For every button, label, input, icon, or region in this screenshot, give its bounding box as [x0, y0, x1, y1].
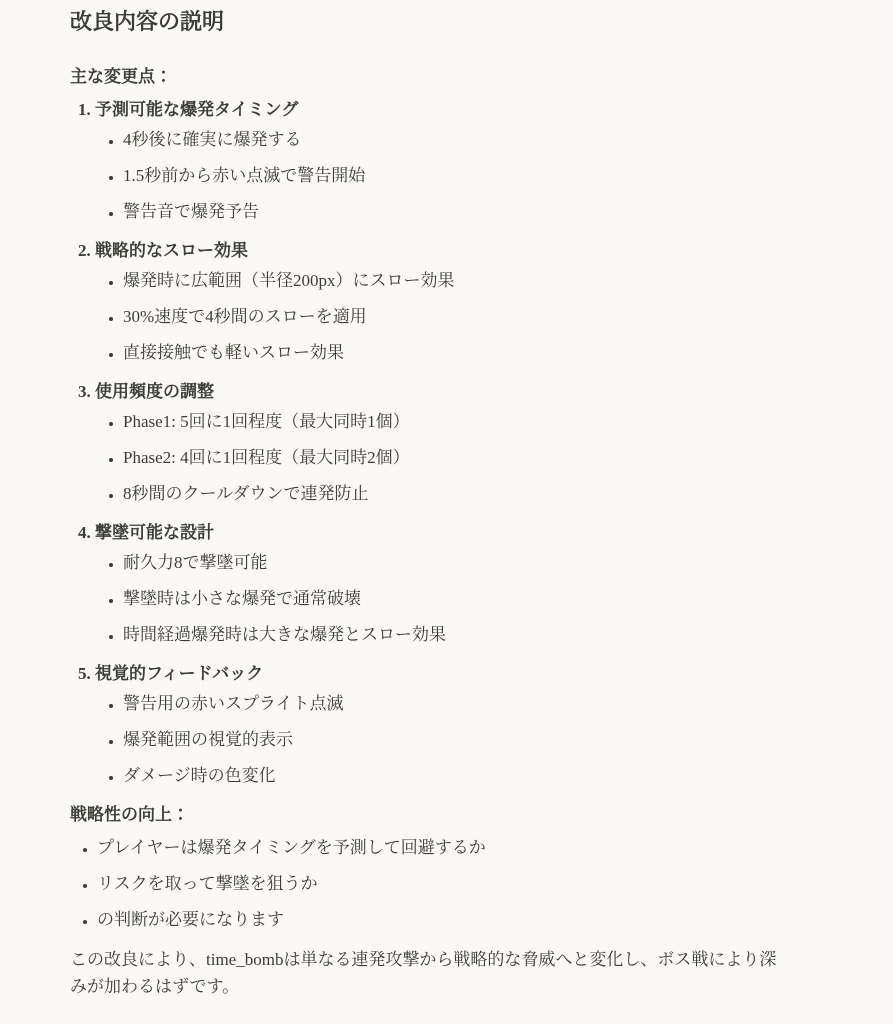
change-item-4-title: 撃墜可能な設計	[95, 523, 214, 542]
strategy-bullet-item: プレイヤーは爆発タイミングを予測して回避するか	[97, 834, 823, 861]
change-item-5-bullets: 警告用の赤いスプライト点滅 爆発範囲の視覚的表示 ダメージ時の色変化	[95, 690, 823, 789]
bullet-item: 爆発時に広範囲（半径200px）にスロー効果	[123, 267, 823, 294]
change-item-5-title: 視覚的フィードバック	[95, 664, 263, 683]
change-item-1-title: 予測可能な爆発タイミング	[95, 100, 298, 119]
closing-paragraph: この改良により、time_bombは単なる連発攻撃から戦略的な脅威へと変化し、ボ…	[70, 946, 782, 1000]
change-item-1-bullets: 4秒後に確実に爆発する 1.5秒前から赤い点滅で警告開始 警告音で爆発予告	[95, 126, 823, 225]
bullet-item: Phase2: 4回に1回程度（最大同時2個）	[123, 444, 823, 471]
change-item-4-bullets: 耐久力8で撃墜可能 撃墜時は小さな爆発で通常破壊 時間経過爆発時は大きな爆発とス…	[95, 549, 823, 648]
bullet-item: 警告用の赤いスプライト点滅	[123, 690, 823, 717]
bullet-item: 爆発範囲の視覚的表示	[123, 726, 823, 753]
change-item-2-bullets: 爆発時に広範囲（半径200px）にスロー効果 30%速度で4秒間のスローを適用 …	[95, 267, 823, 366]
bullet-item: 4秒後に確実に爆発する	[123, 126, 823, 153]
changes-list: 予測可能な爆発タイミング 4秒後に確実に爆発する 1.5秒前から赤い点滅で警告開…	[70, 96, 823, 789]
change-item-2: 戦略的なスロー効果 爆発時に広範囲（半径200px）にスロー効果 30%速度で4…	[95, 237, 823, 366]
bullet-item: 警告音で爆発予告	[123, 198, 823, 225]
change-item-3: 使用頻度の調整 Phase1: 5回に1回程度（最大同時1個） Phase2: …	[95, 378, 823, 507]
change-item-3-bullets: Phase1: 5回に1回程度（最大同時1個） Phase2: 4回に1回程度（…	[95, 408, 823, 507]
strategy-list: プレイヤーは爆発タイミングを予測して回避するか リスクを取って撃墜を狙うか の判…	[70, 834, 823, 933]
bullet-item: 直接接触でも軽いスロー効果	[123, 339, 823, 366]
change-item-2-title: 戦略的なスロー効果	[95, 241, 248, 260]
change-item-3-title: 使用頻度の調整	[95, 382, 214, 401]
bullet-item: 8秒間のクールダウンで連発防止	[123, 480, 823, 507]
document: 改良内容の説明 主な変更点： 予測可能な爆発タイミング 4秒後に確実に爆発する …	[0, 0, 893, 1024]
bullet-item: 撃墜時は小さな爆発で通常破壊	[123, 585, 823, 612]
bullet-item: 時間経過爆発時は大きな爆発とスロー効果	[123, 621, 823, 648]
changes-label: 主な変更点：	[70, 63, 823, 90]
bullet-item: Phase1: 5回に1回程度（最大同時1個）	[123, 408, 823, 435]
change-item-1: 予測可能な爆発タイミング 4秒後に確実に爆発する 1.5秒前から赤い点滅で警告開…	[95, 96, 823, 225]
change-item-5: 視覚的フィードバック 警告用の赤いスプライト点滅 爆発範囲の視覚的表示 ダメージ…	[95, 660, 823, 789]
strategy-bullet-item: の判断が必要になります	[97, 906, 823, 933]
bullet-item: 30%速度で4秒間のスローを適用	[123, 303, 823, 330]
bullet-item: 耐久力8で撃墜可能	[123, 549, 823, 576]
bullet-item: ダメージ時の色変化	[123, 762, 823, 789]
strategy-bullet-item: リスクを取って撃墜を狙うか	[97, 870, 823, 897]
doc-title: 改良内容の説明	[70, 8, 823, 37]
change-item-4: 撃墜可能な設計 耐久力8で撃墜可能 撃墜時は小さな爆発で通常破壊 時間経過爆発時…	[95, 519, 823, 648]
strategy-label: 戦略性の向上：	[70, 801, 823, 828]
bullet-item: 1.5秒前から赤い点滅で警告開始	[123, 162, 823, 189]
